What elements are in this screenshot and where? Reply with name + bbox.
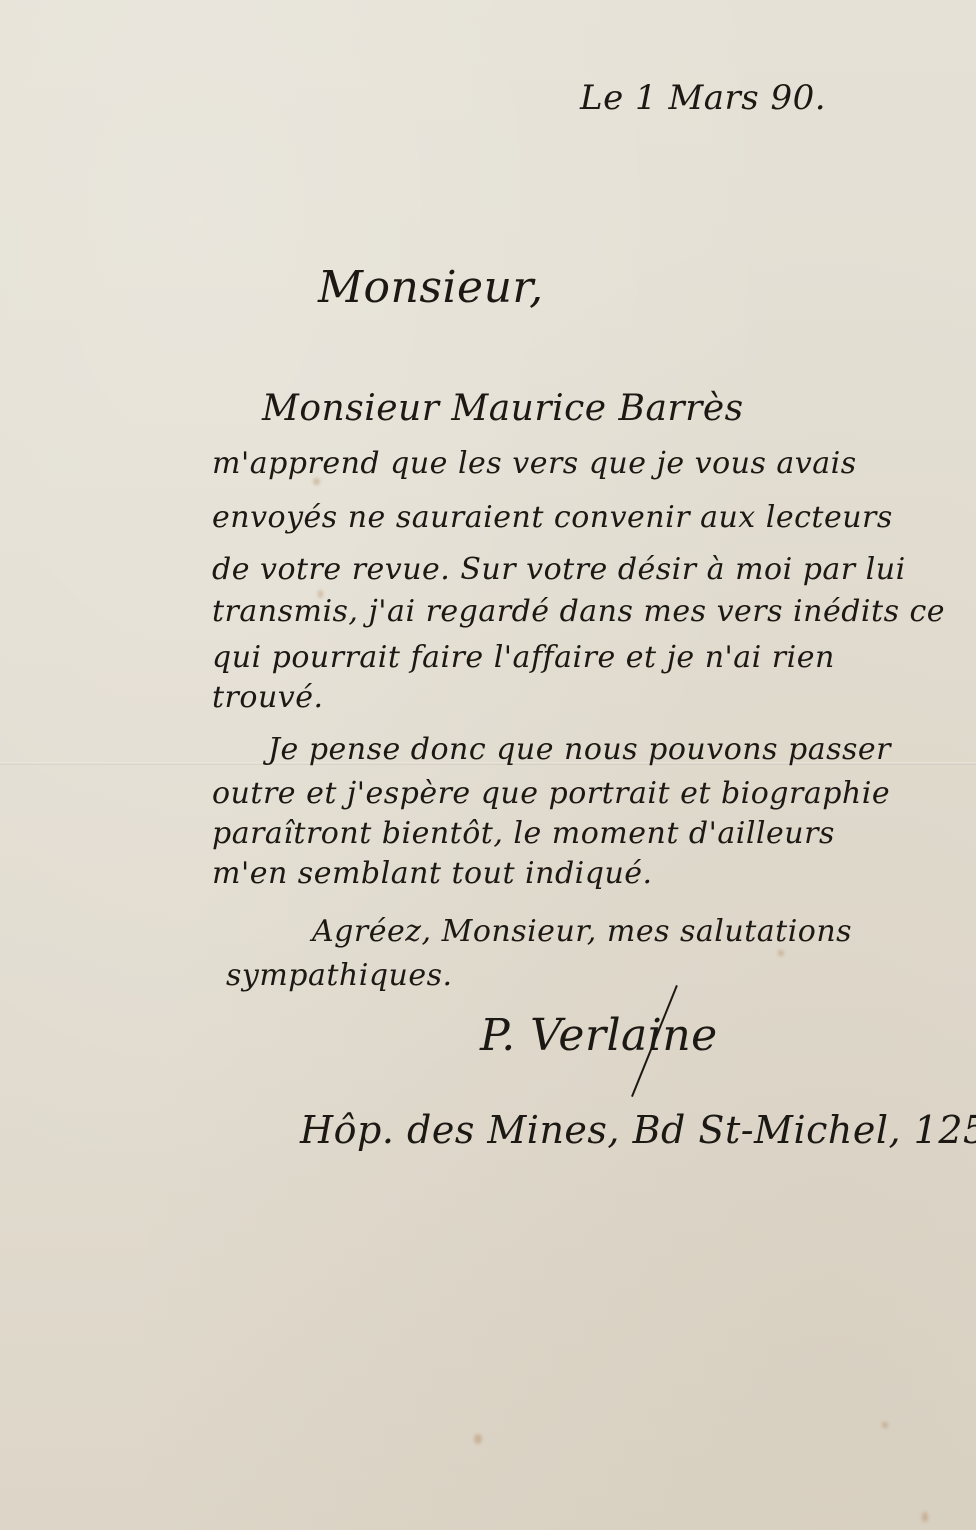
body-line: trouvé. [212, 680, 324, 715]
letter-date: Le 1 Mars 90. [580, 78, 826, 118]
body-line: paraîtront bientôt, le moment d'ailleurs [212, 816, 835, 851]
body-line: Monsieur Maurice Barrès [262, 388, 744, 429]
body-line: m'en semblant tout indiqué. [212, 856, 653, 891]
body-line: qui pourrait faire l'affaire et je n'ai … [212, 640, 835, 675]
body-line: envoyés ne sauraient convenir aux lecteu… [212, 500, 893, 535]
letter-page: Le 1 Mars 90. Monsieur, Monsieur Maurice… [0, 0, 976, 1530]
body-line: de votre revue. Sur votre désir à moi pa… [212, 552, 906, 587]
foxing-spot [922, 1512, 928, 1522]
sender-address: Hôp. des Mines, Bd St-Michel, 125 [300, 1108, 976, 1152]
body-line: m'apprend que les vers que je vous avais [212, 446, 857, 481]
body-line: outre et j'espère que portrait et biogra… [212, 776, 890, 811]
closing-line: sympathiques. [226, 958, 453, 993]
body-line: Je pense donc que nous pouvons passer [268, 732, 891, 767]
foxing-spot [474, 1434, 482, 1444]
signature: P. Verlaine [480, 1010, 718, 1061]
body-line: transmis, j'ai regardé dans mes vers iné… [212, 594, 945, 629]
foxing-spot [778, 950, 784, 956]
closing-line: Agréez, Monsieur, mes salutations [312, 914, 852, 949]
foxing-spot [882, 1422, 888, 1428]
letter-salutation: Monsieur, [318, 262, 544, 313]
